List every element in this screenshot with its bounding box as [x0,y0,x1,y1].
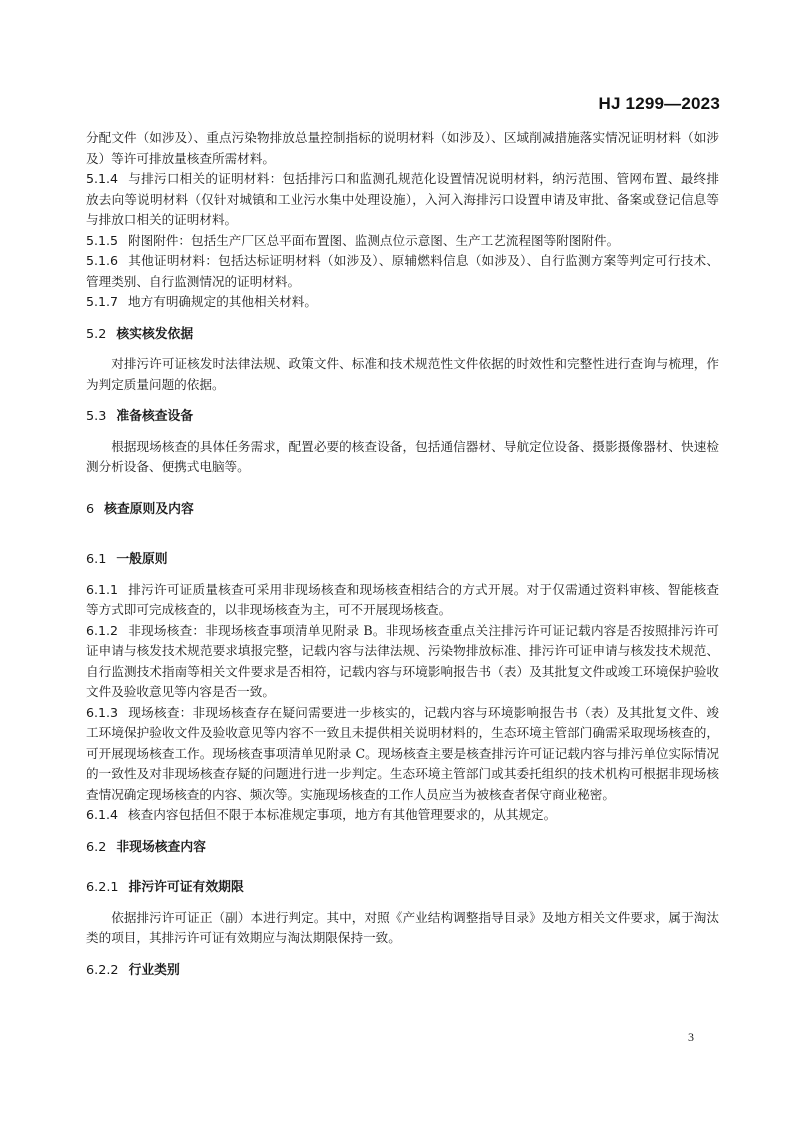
section-title: 排污许可证有效期限 [129,880,244,895]
standard-code-header: HJ 1299—2023 [599,94,721,114]
clause-number: 5.1.6 [86,253,118,268]
clause-number: 5.1.5 [86,233,118,248]
clause-text: 核查内容包括但不限于本标准规定事项，地方有其他管理要求的，从其规定。 [128,807,556,822]
page-number: 3 [688,1030,694,1045]
paragraph-6-2-1: 依据排污许可证正（副）本进行判定。其中，对照《产业结构调整指导目录》及地方相关文… [86,908,719,949]
document-body: 分配文件（如涉及）、重点污染物排放总量控制指标的说明材料（如涉及）、区域削减措施… [86,128,719,981]
chapter-title: 核查原则及内容 [104,502,194,517]
section-heading-6-1: 6.1一般原则 [86,550,719,571]
section-number: 6.2 [86,840,106,855]
clause-text: 其他证明材料：包括达标证明材料（如涉及）、原辅燃料信息（如涉及）、自行监测方案等… [86,253,719,289]
section-title: 非现场核查内容 [116,840,206,855]
clause-6-1-2: 6.1.2非现场核查：非现场核查事项清单见附录 B。非现场核查重点关注排污许可证… [86,621,719,703]
paragraph-continuation: 分配文件（如涉及）、重点污染物排放总量控制指标的说明材料（如涉及）、区域削减措施… [86,128,719,169]
clause-number: 6.1.2 [86,623,118,638]
section-number: 5.3 [86,409,106,424]
section-number: 6.2.1 [86,880,119,895]
section-heading-6-2: 6.2非现场核查内容 [86,838,719,859]
clause-6-1-4: 6.1.4核查内容包括但不限于本标准规定事项，地方有其他管理要求的，从其规定。 [86,805,719,826]
clause-number: 6.1.1 [86,582,118,597]
paragraph-5-2: 对排污许可证核发时法律法规、政策文件、标准和技术规范性文件依据的时效性和完整性进… [86,354,719,395]
section-heading-6-2-1: 6.2.1排污许可证有效期限 [86,878,719,899]
clause-number: 5.1.7 [86,294,118,309]
clause-text: 现场核查：非现场核查存在疑问需要进一步核实的，记载内容与环境影响报告书（表）及其… [86,705,719,802]
clause-number: 6.1.3 [86,705,118,720]
chapter-heading-6: 6核查原则及内容 [86,500,719,521]
paragraph-5-3: 根据现场核查的具体任务需求，配置必要的核查设备，包括通信器材、导航定位设备、摄影… [86,437,719,478]
section-number: 5.2 [86,327,106,342]
section-heading-6-2-2: 6.2.2行业类别 [86,961,719,982]
section-heading-5-2: 5.2核实核发依据 [86,325,719,346]
section-title: 一般原则 [116,552,167,567]
section-heading-5-3: 5.3准备核查设备 [86,407,719,428]
clause-text: 与排污口相关的证明材料：包括排污口和监测孔规范化设置情况说明材料，纳污范围、管网… [86,171,719,227]
section-title: 准备核查设备 [116,409,193,424]
chapter-number: 6 [86,502,94,517]
section-number: 6.2.2 [86,963,119,978]
clause-5-1-7: 5.1.7地方有明确规定的其他相关材料。 [86,292,719,313]
clause-6-1-1: 6.1.1排污许可证质量核查可采用非现场核查和现场核查相结合的方式开展。对于仅需… [86,580,719,621]
clause-5-1-4: 5.1.4与排污口相关的证明材料：包括排污口和监测孔规范化设置情况说明材料，纳污… [86,169,719,231]
clause-text: 非现场核查：非现场核查事项清单见附录 B。非现场核查重点关注排污许可证记载内容是… [86,623,719,700]
section-title: 核实核发依据 [116,327,193,342]
section-number: 6.1 [86,552,106,567]
section-title: 行业类别 [129,963,180,978]
clause-number: 5.1.4 [86,171,118,186]
clause-6-1-3: 6.1.3现场核查：非现场核查存在疑问需要进一步核实的，记载内容与环境影响报告书… [86,703,719,806]
clause-text: 附图附件：包括生产厂区总平面布置图、监测点位示意图、生产工艺流程图等附图附件。 [128,233,619,248]
clause-5-1-5: 5.1.5附图附件：包括生产厂区总平面布置图、监测点位示意图、生产工艺流程图等附… [86,231,719,252]
clause-number: 6.1.4 [86,807,118,822]
clause-5-1-6: 5.1.6其他证明材料：包括达标证明材料（如涉及）、原辅燃料信息（如涉及）、自行… [86,251,719,292]
clause-text: 地方有明确规定的其他相关材料。 [128,294,317,309]
clause-text: 排污许可证质量核查可采用非现场核查和现场核查相结合的方式开展。对于仅需通过资料审… [86,582,719,618]
